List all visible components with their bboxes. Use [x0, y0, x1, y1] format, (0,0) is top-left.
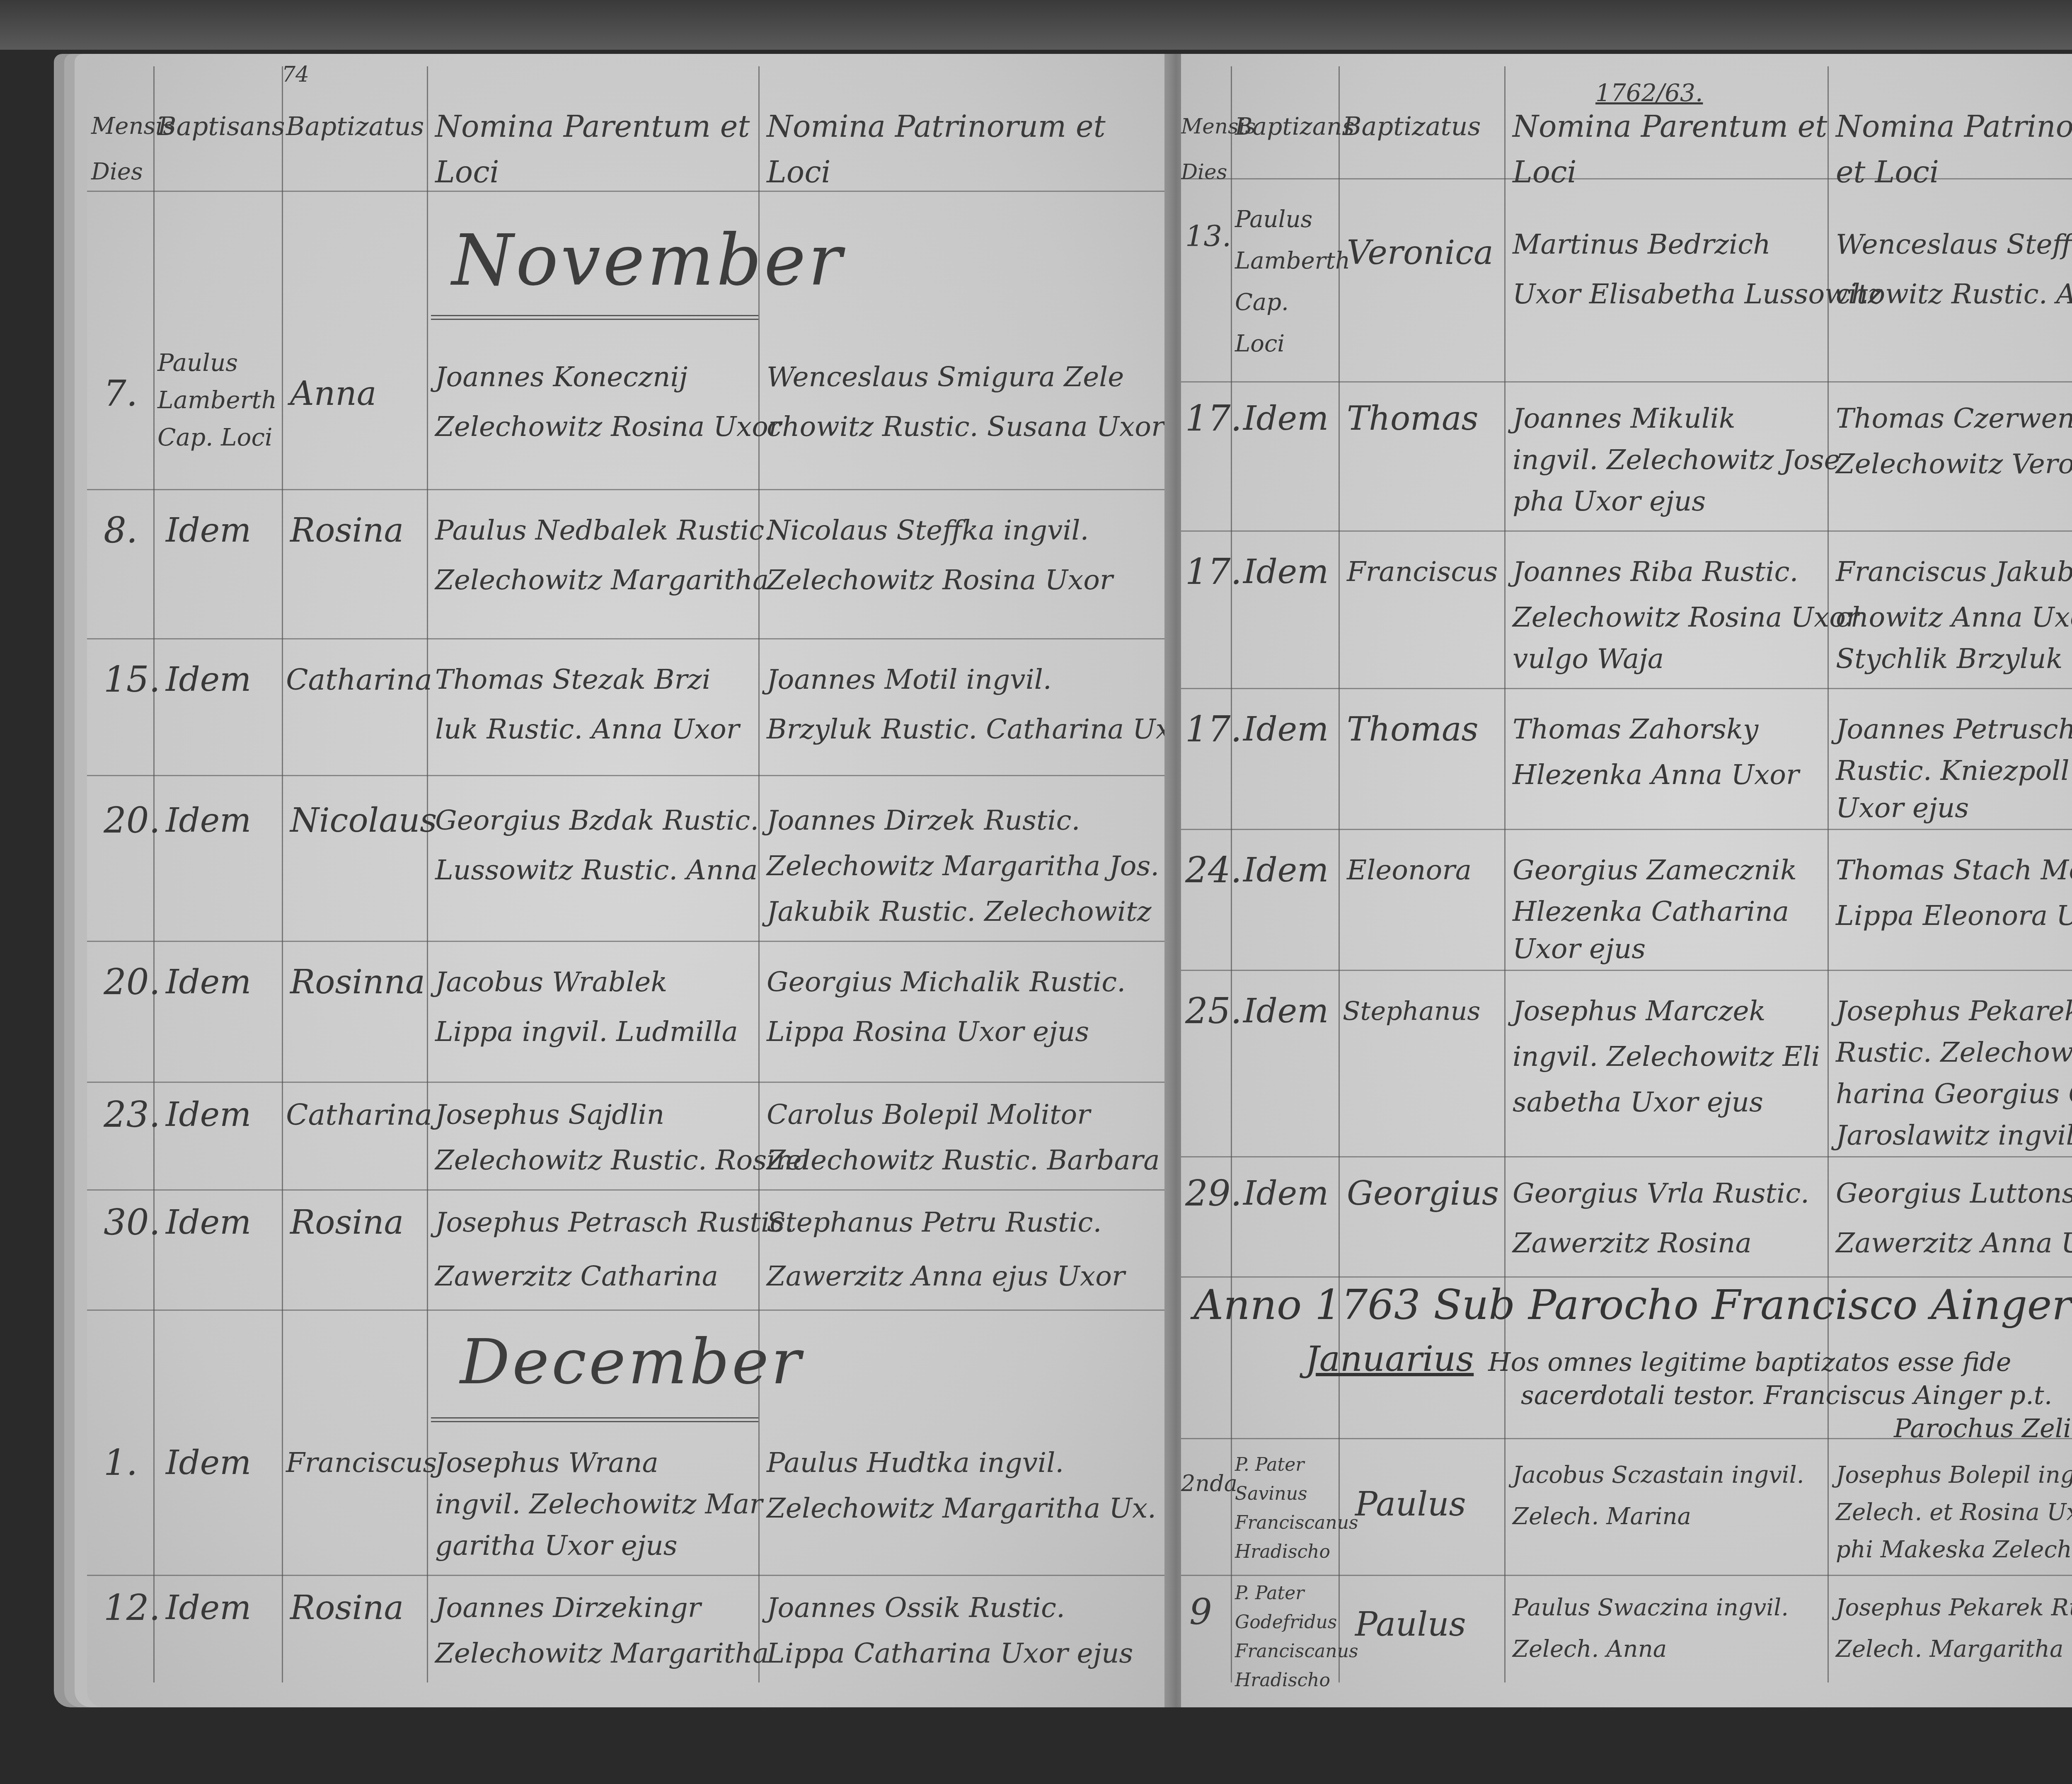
entry-godparents-line: Lippa Eleonora Uxor ejus	[1836, 891, 2072, 941]
column-header-baptizatus: Baptizatus	[1343, 104, 1504, 149]
register-entry: 25. Idem Stephanus Josephus Marczek ingv…	[1181, 970, 2072, 1156]
entry-godparents-line: Zelechowitz Rustic. Barbara Ux.	[767, 1135, 1164, 1185]
entry-parents-line: Lussowitz Rustic. Anna	[435, 845, 758, 895]
entry-godparents-line: Zelechowitz Margaritha Jos.	[767, 841, 1159, 891]
entry-day: 15.	[104, 655, 160, 704]
entry-day: 17.	[1185, 704, 1242, 754]
entry-child-name: Thomas	[1347, 394, 1479, 443]
entry-day: 13.	[1185, 211, 1231, 261]
register-entry: 17. Idem Franciscus Joannes Riba Rustic.…	[1181, 530, 2072, 688]
entry-parents-line: ingvil. Zelechowitz Eli	[1513, 1032, 1820, 1082]
entry-godparents-line: Joannes Motil ingvil.	[767, 655, 1052, 704]
entry-godparents-line: Nicolaus Steffka ingvil.	[767, 506, 1089, 555]
register-entry: 17. Idem Thomas Thomas Zahorsky Hlezenka…	[1181, 688, 2072, 829]
entry-godparents-line: Lippa Rosina Uxor ejus	[767, 1007, 1089, 1057]
entry-child-name: Veronica	[1347, 228, 1493, 278]
entry-child-name: Georgius	[1347, 1169, 1499, 1218]
register-entry: 15. Idem Catharina Thomas Stezak Brzi lu…	[87, 638, 1164, 775]
entry-godparents-line: Franciscus Jakubik Zele	[1836, 547, 2072, 597]
right-page: 75 1762/63. Mensis Dies Baptizans Baptiz…	[1181, 54, 2072, 1707]
entry-parents-line: Zawerzitz Rosina	[1513, 1218, 1752, 1268]
register-entry: 9 P. Pater Godefridus Franciscanus Hradi…	[1181, 1575, 2072, 1699]
month-heading-november: November	[452, 220, 845, 302]
year-1763-heading: Anno 1763 Sub Parocho Francisco Ainger	[1193, 1281, 2072, 1329]
entry-godparents-line: Georgius Michalik Rustic.	[767, 957, 1126, 1007]
entry-parents-line: Zawerzitz Catharina	[435, 1251, 718, 1301]
entry-day: 29.	[1185, 1169, 1242, 1218]
entry-day: 2nda	[1181, 1459, 1237, 1508]
entry-parents-line: Lippa ingvil. Ludmilla	[435, 1007, 738, 1057]
entry-godparents-line: Zelechowitz Veronica Uxor ejus	[1836, 439, 2072, 489]
attestation-line: Hos omnes legitime baptizatos esse fide	[1488, 1347, 2011, 1377]
column-header-parents: Nomina Parentum et Loci	[1513, 104, 1828, 195]
register-entry: 13. Paulus Lamberth Cap. Loci Veronica M…	[1181, 186, 2072, 381]
entry-godparents-line: chowitz Rustic. Susana Uxor	[767, 402, 1164, 452]
column-header-day: Mensis Dies	[1181, 104, 1231, 195]
entry-baptisans: Idem	[1243, 704, 1329, 754]
entry-godparents-line: Wenceslaus Steffka Zele	[1836, 220, 2072, 269]
entry-baptisans: Idem	[166, 1090, 251, 1140]
register-entry: 7. Paulus Lamberth Cap. Loci Anna Joanne…	[87, 327, 1164, 489]
entry-parents-line: Zelechowitz Margaritha	[435, 1629, 769, 1678]
year-heading-line: Anno 1763 Sub Parocho Francisco Ainger	[1193, 1281, 2072, 1329]
entry-child-name: Rosina	[290, 1583, 404, 1633]
entry-godparents-line: Joannes Ossik Rustic.	[767, 1583, 1065, 1633]
entry-godparents-line: chowitz Rustic. Anna Uxor ejus	[1836, 269, 2072, 319]
month-underline	[431, 1417, 758, 1422]
entry-parents-line: Paulus Nedbalek Rustic.	[435, 506, 773, 555]
entry-day: 24.	[1185, 845, 1242, 895]
column-header-godparents: Nomina Patrinorum et Loci	[1836, 104, 2072, 195]
entry-godparents-line: Stephanus Petru Rustic.	[767, 1198, 1101, 1247]
entry-godparents-line: Jaroslawitz ingvil.	[1836, 1111, 2072, 1160]
attestation-line: sacerdotali testor. Franciscus Ainger p.…	[1521, 1380, 2052, 1410]
entry-child-name: Paulus	[1355, 1479, 1466, 1529]
entry-baptisans: Idem	[166, 506, 251, 555]
open-register-book: 74 Mensis Dies Baptisans Baptizatus Nomi…	[62, 37, 2072, 1732]
entry-parents-line: Martinus Bedrzich	[1513, 220, 1771, 269]
register-entry: 12. Idem Rosina Joannes Dirzekingr Zelec…	[87, 1575, 1164, 1699]
entry-baptisans: P. Pater Godefridus Franciscanus Hradisc…	[1235, 1579, 1339, 1695]
entry-parents-line: Zelech. Anna	[1513, 1624, 1667, 1674]
entry-baptisans: Idem	[1243, 1169, 1329, 1218]
entry-godparents-line: Wenceslaus Smigura Zele	[767, 352, 1124, 402]
entry-baptisans: Idem	[166, 1198, 251, 1247]
entry-parents-line: Josephus Sajdlin	[435, 1090, 664, 1140]
register-entry: 8. Idem Rosina Paulus Nedbalek Rustic. Z…	[87, 489, 1164, 638]
entry-parents-line: Jacobus Wrablek	[435, 957, 667, 1007]
entry-day: 9	[1189, 1587, 1212, 1637]
month-heading-december: December	[460, 1326, 804, 1398]
entry-child-name: Catharina	[286, 655, 432, 704]
entry-parents-line: luk Rustic. Anna Uxor	[435, 704, 739, 754]
entry-parents-line: sabetha Uxor ejus	[1513, 1077, 1763, 1127]
entry-parents-line: Zelechowitz Rustic. Rosina	[435, 1135, 809, 1185]
entry-child-name: Paulus	[1355, 1600, 1466, 1649]
entry-child-name: Franciscus	[1347, 547, 1498, 597]
entry-godparents-line: Thomas Czerwenka	[1836, 394, 2072, 443]
entry-parents-line: Zelechowitz Rosina Uxor	[435, 402, 782, 452]
register-entry: 20. Idem Rosinna Jacobus Wrablek Lippa i…	[87, 941, 1164, 1082]
entry-child-name: Rosina	[290, 506, 404, 555]
entry-child-name: Franciscus	[286, 1438, 437, 1488]
register-entry: 20. Idem Nicolaus Georgius Bzdak Rustic.…	[87, 775, 1164, 941]
entry-baptisans: Idem	[166, 1583, 251, 1633]
entry-parents-line: Joannes Dirzekingr	[435, 1583, 701, 1633]
entry-child-name: Rosinna	[290, 957, 425, 1007]
register-entry: 17. Idem Thomas Joannes Mikulik ingvil. …	[1181, 381, 2072, 530]
entry-parents-line: Joannes Konecznij	[435, 352, 687, 402]
entry-baptisans: Idem	[166, 1438, 251, 1488]
entry-baptisans: P. Pater Savinus Franciscanus Hradischo	[1235, 1450, 1339, 1566]
entry-day: 7.	[104, 369, 138, 419]
row-rule	[1181, 1438, 2072, 1439]
column-header-baptisans: Baptisans	[157, 104, 282, 149]
entry-baptisans: Paulus Lamberth Cap. Loci	[157, 344, 278, 456]
entry-godparents-line: Lippa Catharina Uxor ejus	[767, 1629, 1133, 1678]
entry-godparents-line: Zawerzitz Anna Uxor	[1836, 1218, 2072, 1268]
entry-day: 17.	[1185, 547, 1242, 597]
month-heading-january: Januarius	[1305, 1339, 1474, 1379]
entry-child-name: Nicolaus	[290, 796, 437, 845]
entry-parents-line: Hlezenka Anna Uxor	[1513, 750, 1799, 800]
entry-parents-line: Thomas Zahorsky	[1513, 704, 1758, 754]
month-underline	[431, 315, 758, 320]
entry-godparents-line: phi Makeska Zelech.	[1836, 1525, 2072, 1575]
entry-godparents-line: Paulus Hudtka ingvil.	[767, 1438, 1064, 1488]
entry-day: 17.	[1185, 394, 1242, 443]
column-header-parents: Nomina Parentum et Loci	[435, 104, 758, 195]
year-annotation: 1762/63.	[1595, 79, 1703, 107]
entry-parents-line: pha Uxor ejus	[1513, 477, 1706, 526]
entry-day: 20.	[104, 796, 160, 845]
entry-godparents-line: Zelechowitz Margaritha Ux.	[767, 1484, 1156, 1533]
entry-child-name: Anna	[290, 369, 377, 419]
entry-parents-line: Josephus Marczek	[1513, 986, 1766, 1036]
entry-day: 1.	[104, 1438, 138, 1488]
entry-baptisans: Idem	[1243, 394, 1329, 443]
entry-parents-line: Uxor Elisabetha Lussowitz	[1513, 269, 1882, 319]
entry-child-name: Thomas	[1347, 704, 1479, 754]
entry-baptisans: Idem	[166, 796, 251, 845]
column-header-baptisans: Baptizans	[1235, 104, 1339, 149]
entry-baptisans: Idem	[166, 957, 251, 1007]
column-header-godparents: Nomina Patrinorum et Loci	[767, 104, 1140, 195]
entry-godparents-line: Carolus Bolepil Molitor	[767, 1090, 1090, 1140]
entry-godparents-line: Brzyluk Rustic. Catharina Ux.	[767, 704, 1164, 754]
attestation: sacerdotali testor. Franciscus Ainger p.…	[1521, 1380, 2052, 1410]
entry-day: 8.	[104, 506, 138, 555]
entry-day: 30.	[104, 1198, 160, 1247]
entry-godparents-line: Jakubik Rustic. Zelechowitz	[767, 887, 1151, 937]
register-entry: 29. Idem Georgius Georgius Vrla Rustic. …	[1181, 1156, 2072, 1276]
entry-godparents-line: Stychlik Brzyluk	[1836, 634, 2062, 684]
entry-godparents-line: Joannes Dirzek Rustic.	[767, 796, 1080, 845]
left-page: 74 Mensis Dies Baptisans Baptizatus Nomi…	[87, 54, 1164, 1707]
row-rule	[87, 1310, 1164, 1311]
january-heading: Januarius Hos omnes legitime baptizatos …	[1305, 1339, 2011, 1379]
entry-child-name: Catharina	[286, 1090, 432, 1140]
register-entry: 30. Idem Rosina Josephus Petrasch Rustic…	[87, 1189, 1164, 1310]
row-rule	[1181, 1276, 2072, 1278]
entry-child-name: Stephanus	[1343, 986, 1480, 1036]
entry-parents-line: Georgius Vrla Rustic.	[1513, 1169, 1809, 1218]
column-header-day: Mensis Dies	[91, 104, 153, 195]
entry-day: 25.	[1185, 986, 1242, 1036]
entry-baptisans: Paulus Lamberth Cap. Loci	[1235, 199, 1339, 365]
entry-godparents-line: Georgius Luttonsky	[1836, 1169, 2072, 1218]
folio-number: 74	[282, 62, 309, 87]
entry-godparents-line: Zelechowitz Rosina Uxor	[767, 555, 1113, 605]
entry-baptisans: Idem	[1243, 986, 1329, 1036]
column-header-baptizatus: Baptizatus	[286, 104, 427, 149]
register-entry: 23. Idem Catharina Josephus Sajdlin Zele…	[87, 1082, 1164, 1189]
entry-baptisans: Idem	[166, 655, 251, 704]
register-entry: 2nda P. Pater Savinus Franciscanus Hradi…	[1181, 1442, 2072, 1575]
entry-godparents-line: Zelech. Margaritha Uxor ejus	[1836, 1624, 2072, 1674]
entry-parents-line: Joannes Riba Rustic.	[1513, 547, 1798, 597]
entry-godparents-line: Thomas Stach Molitor	[1836, 845, 2072, 895]
entry-parents-line: garitha Uxor ejus	[435, 1521, 678, 1571]
entry-child-name: Rosina	[290, 1198, 404, 1247]
entry-day: 12.	[104, 1583, 160, 1633]
entry-child-name: Eleonora	[1347, 845, 1472, 895]
entry-baptisans: Idem	[1243, 547, 1329, 597]
register-entry: 1. Idem Franciscus Josephus Wrana ingvil…	[87, 1426, 1164, 1575]
entry-parents-line: Uxor ejus	[1513, 924, 1646, 974]
entry-day: 20.	[104, 957, 160, 1007]
entry-parents-line: Georgius Bzdak Rustic.	[435, 796, 759, 845]
register-entry: 24. Idem Eleonora Georgius Zamecznik Hle…	[1181, 829, 2072, 970]
entry-parents-line: vulgo Waja	[1513, 634, 1664, 684]
entry-parents-line: Thomas Stezak Brzi	[435, 655, 711, 704]
entry-parents-line: Josephus Petrasch Rustic.	[435, 1198, 794, 1247]
entry-parents-line: Zelech. Marina	[1513, 1492, 1691, 1542]
entry-godparents-line: Zawerzitz Anna ejus Uxor	[767, 1251, 1125, 1301]
entry-godparents-line: Uxor ejus	[1836, 783, 1969, 833]
entry-parents-line: Zelechowitz Margaritha	[435, 555, 769, 605]
entry-day: 23.	[104, 1090, 160, 1140]
entry-baptisans: Idem	[1243, 845, 1329, 895]
